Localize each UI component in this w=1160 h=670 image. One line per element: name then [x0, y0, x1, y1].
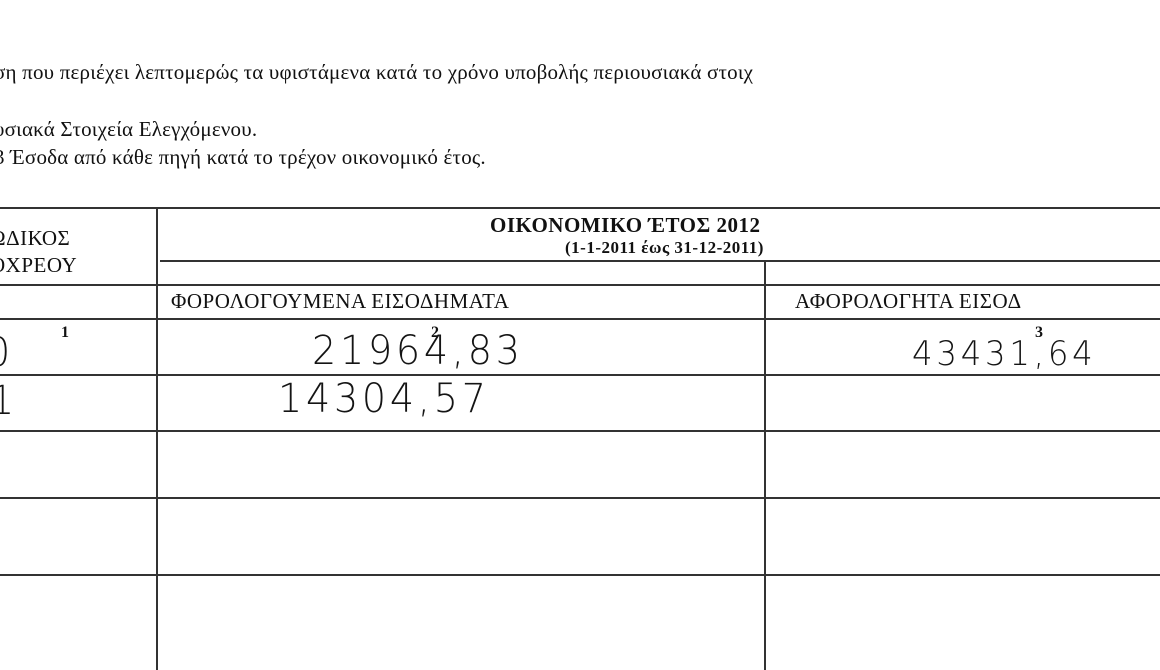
table-top-border	[0, 207, 1160, 209]
period-header: (1-1-2011 έως 31-12-2011)	[565, 238, 764, 258]
col1-header-line1: ΩΔΙΚΟΣ	[0, 226, 70, 251]
col-divider-2	[764, 260, 766, 670]
row2-code[interactable]: 1	[0, 378, 18, 424]
intro-text-line-3: 3 Έσοδα από κάθε πηγή κατά το τρέχον οικ…	[0, 145, 486, 170]
intro-text-line-2: υσιακά Στοιχεία Ελεγχόμενου.	[0, 117, 257, 142]
row-divider-2	[0, 430, 1160, 432]
col3-header: ΑΦΟΡΟΛΟΓΗΤΑ ΕΙΣΟΔ	[795, 289, 1022, 314]
year-header: ΟΙΚΟΝΟΜΙΚΟ ΈΤΟΣ 2012	[490, 213, 761, 238]
intro-text-line-1: ση που περιέχει λεπτομερώς τα υφιστάμενα…	[0, 60, 753, 85]
col1-header-line2: ΟΧΡΕΟΥ	[0, 253, 77, 278]
row1-taxable[interactable]: 21964,83	[312, 328, 524, 374]
col2-header: ΦΟΡΟΛΟΓΟΥΜΕΝΑ ΕΙΣΟΔΗΜΑΤΑ	[171, 289, 509, 314]
col-divider-1	[156, 207, 158, 670]
row1-non-taxable[interactable]: 43431,64	[912, 334, 1097, 374]
row2-taxable[interactable]: 14304,57	[278, 376, 490, 422]
subheader-divider	[0, 284, 1160, 286]
row-divider-4	[0, 574, 1160, 576]
row-divider-1	[0, 374, 1160, 376]
row1-code[interactable]: 0	[0, 330, 14, 376]
col1-number: 1	[50, 324, 80, 342]
row-divider-3	[0, 497, 1160, 499]
header-divider	[160, 260, 1160, 262]
colnum-divider	[0, 318, 1160, 320]
